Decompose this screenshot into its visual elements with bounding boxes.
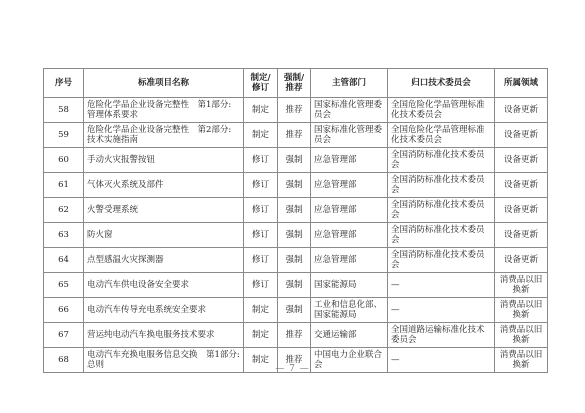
cell-field: 设备更新 — [495, 198, 548, 223]
cell-serial-number: 62 — [44, 198, 84, 223]
header-standard-name: 标准项目名称 — [84, 69, 244, 98]
cell-standard-name: 电动汽车供电设备安全要求 — [84, 273, 244, 298]
cell-standard-name: 手动火灾报警按钮 — [84, 148, 244, 173]
header-formulate-revise: 制定/修订 — [244, 69, 278, 98]
cell-department: 应急管理部 — [311, 223, 388, 248]
table-row: 59 危险化学品企业设备完整性 第2部分: 技术实施指南 制定 推荐 国家标准化… — [44, 123, 548, 148]
cell-committee: 全国危险化学品管理标准化技术委员会 — [388, 123, 495, 148]
table-row: 62 火警受理系统 修订 强制 应急管理部 全国消防标准化技术委员会 设备更新 — [44, 198, 548, 223]
cell-formulate-revise: 修订 — [244, 273, 278, 298]
table-row: 63 防火窗 修订 强制 应急管理部 全国消防标准化技术委员会 设备更新 — [44, 223, 548, 248]
cell-standard-name: 气体灭火系统及部件 — [84, 173, 244, 198]
cell-department: 应急管理部 — [311, 198, 388, 223]
cell-serial-number: 59 — [44, 123, 84, 148]
cell-formulate-revise: 制定 — [244, 123, 278, 148]
table-row: 65 电动汽车供电设备安全要求 修订 强制 国家能源局 — 消费品以旧换新 — [44, 273, 548, 298]
cell-department: 国家标准化管理委员会 — [311, 98, 388, 123]
cell-department: 国家标准化管理委员会 — [311, 123, 388, 148]
cell-department: 国家能源局 — [311, 273, 388, 298]
cell-standard-name: 防火窗 — [84, 223, 244, 248]
header-department: 主管部门 — [311, 69, 388, 98]
cell-formulate-revise: 制定 — [244, 98, 278, 123]
cell-committee: 全国消防标准化技术委员会 — [388, 173, 495, 198]
standards-table: 序号 标准项目名称 制定/修订 强制/推荐 主管部门 归口技术委员会 所属领域 … — [43, 68, 548, 373]
table-row: 67 营运纯电动汽车换电服务技术要求 制定 推荐 交通运输部 全国道路运输标准化… — [44, 323, 548, 348]
cell-field: 消费品以旧换新 — [495, 298, 548, 323]
cell-committee: 全国消防标准化技术委员会 — [388, 223, 495, 248]
cell-committee: 全国消防标准化技术委员会 — [388, 198, 495, 223]
cell-mandatory-recommended: 推荐 — [278, 98, 311, 123]
cell-standard-name: 电动汽车传导充电系统安全要求 — [84, 298, 244, 323]
page-number: — 7 — — [0, 364, 585, 374]
cell-standard-name: 危险化学品企业设备完整性 第2部分: 技术实施指南 — [84, 123, 244, 148]
cell-field: 设备更新 — [495, 223, 548, 248]
table-row: 60 手动火灾报警按钮 修订 强制 应急管理部 全国消防标准化技术委员会 设备更… — [44, 148, 548, 173]
table-header-row: 序号 标准项目名称 制定/修订 强制/推荐 主管部门 归口技术委员会 所属领域 — [44, 69, 548, 98]
cell-standard-name: 危险化学品企业设备完整性 第1部分: 管理体系要求 — [84, 98, 244, 123]
header-mandatory-recommended: 强制/推荐 — [278, 69, 311, 98]
cell-formulate-revise: 制定 — [244, 298, 278, 323]
cell-department: 应急管理部 — [311, 248, 388, 273]
cell-standard-name: 点型感温火灾探测器 — [84, 248, 244, 273]
cell-department: 应急管理部 — [311, 173, 388, 198]
cell-serial-number: 65 — [44, 273, 84, 298]
cell-field: 消费品以旧换新 — [495, 323, 548, 348]
table-row: 64 点型感温火灾探测器 修订 强制 应急管理部 全国消防标准化技术委员会 设备… — [44, 248, 548, 273]
cell-serial-number: 63 — [44, 223, 84, 248]
cell-serial-number: 66 — [44, 298, 84, 323]
cell-serial-number: 61 — [44, 173, 84, 198]
table-header: 序号 标准项目名称 制定/修订 强制/推荐 主管部门 归口技术委员会 所属领域 — [44, 69, 548, 98]
cell-mandatory-recommended: 强制 — [278, 223, 311, 248]
cell-mandatory-recommended: 推荐 — [278, 123, 311, 148]
header-serial-number: 序号 — [44, 69, 84, 98]
cell-serial-number: 64 — [44, 248, 84, 273]
cell-committee: 全国危险化学品管理标准化技术委员会 — [388, 98, 495, 123]
header-field: 所属领域 — [495, 69, 548, 98]
cell-department: 交通运输部 — [311, 323, 388, 348]
cell-field: 设备更新 — [495, 98, 548, 123]
cell-formulate-revise: 修订 — [244, 173, 278, 198]
cell-committee: — — [388, 273, 495, 298]
cell-formulate-revise: 修订 — [244, 198, 278, 223]
cell-standard-name: 火警受理系统 — [84, 198, 244, 223]
cell-field: 设备更新 — [495, 248, 548, 273]
table-row: 58 危险化学品企业设备完整性 第1部分: 管理体系要求 制定 推荐 国家标准化… — [44, 98, 548, 123]
cell-department: 工业和信息化部、国家能源局 — [311, 298, 388, 323]
cell-serial-number: 67 — [44, 323, 84, 348]
cell-mandatory-recommended: 强制 — [278, 248, 311, 273]
table-row: 61 气体灭火系统及部件 修订 强制 应急管理部 全国消防标准化技术委员会 设备… — [44, 173, 548, 198]
cell-mandatory-recommended: 强制 — [278, 273, 311, 298]
cell-department: 应急管理部 — [311, 148, 388, 173]
cell-mandatory-recommended: 强制 — [278, 298, 311, 323]
cell-mandatory-recommended: 强制 — [278, 198, 311, 223]
cell-formulate-revise: 修订 — [244, 248, 278, 273]
cell-standard-name: 营运纯电动汽车换电服务技术要求 — [84, 323, 244, 348]
cell-serial-number: 60 — [44, 148, 84, 173]
cell-field: 消费品以旧换新 — [495, 273, 548, 298]
table-row: 66 电动汽车传导充电系统安全要求 制定 强制 工业和信息化部、国家能源局 — … — [44, 298, 548, 323]
table-body: 58 危险化学品企业设备完整性 第1部分: 管理体系要求 制定 推荐 国家标准化… — [44, 98, 548, 373]
cell-field: 设备更新 — [495, 173, 548, 198]
cell-formulate-revise: 修订 — [244, 148, 278, 173]
cell-field: 设备更新 — [495, 123, 548, 148]
cell-serial-number: 58 — [44, 98, 84, 123]
cell-formulate-revise: 修订 — [244, 223, 278, 248]
cell-mandatory-recommended: 强制 — [278, 148, 311, 173]
cell-mandatory-recommended: 推荐 — [278, 323, 311, 348]
cell-committee: 全国消防标准化技术委员会 — [388, 248, 495, 273]
cell-mandatory-recommended: 强制 — [278, 173, 311, 198]
header-committee: 归口技术委员会 — [388, 69, 495, 98]
cell-committee: — — [388, 298, 495, 323]
cell-committee: 全国道路运输标准化技术委员会 — [388, 323, 495, 348]
cell-committee: 全国消防标准化技术委员会 — [388, 148, 495, 173]
cell-field: 设备更新 — [495, 148, 548, 173]
document-page: 序号 标准项目名称 制定/修订 强制/推荐 主管部门 归口技术委员会 所属领域 … — [0, 0, 585, 413]
cell-formulate-revise: 制定 — [244, 323, 278, 348]
